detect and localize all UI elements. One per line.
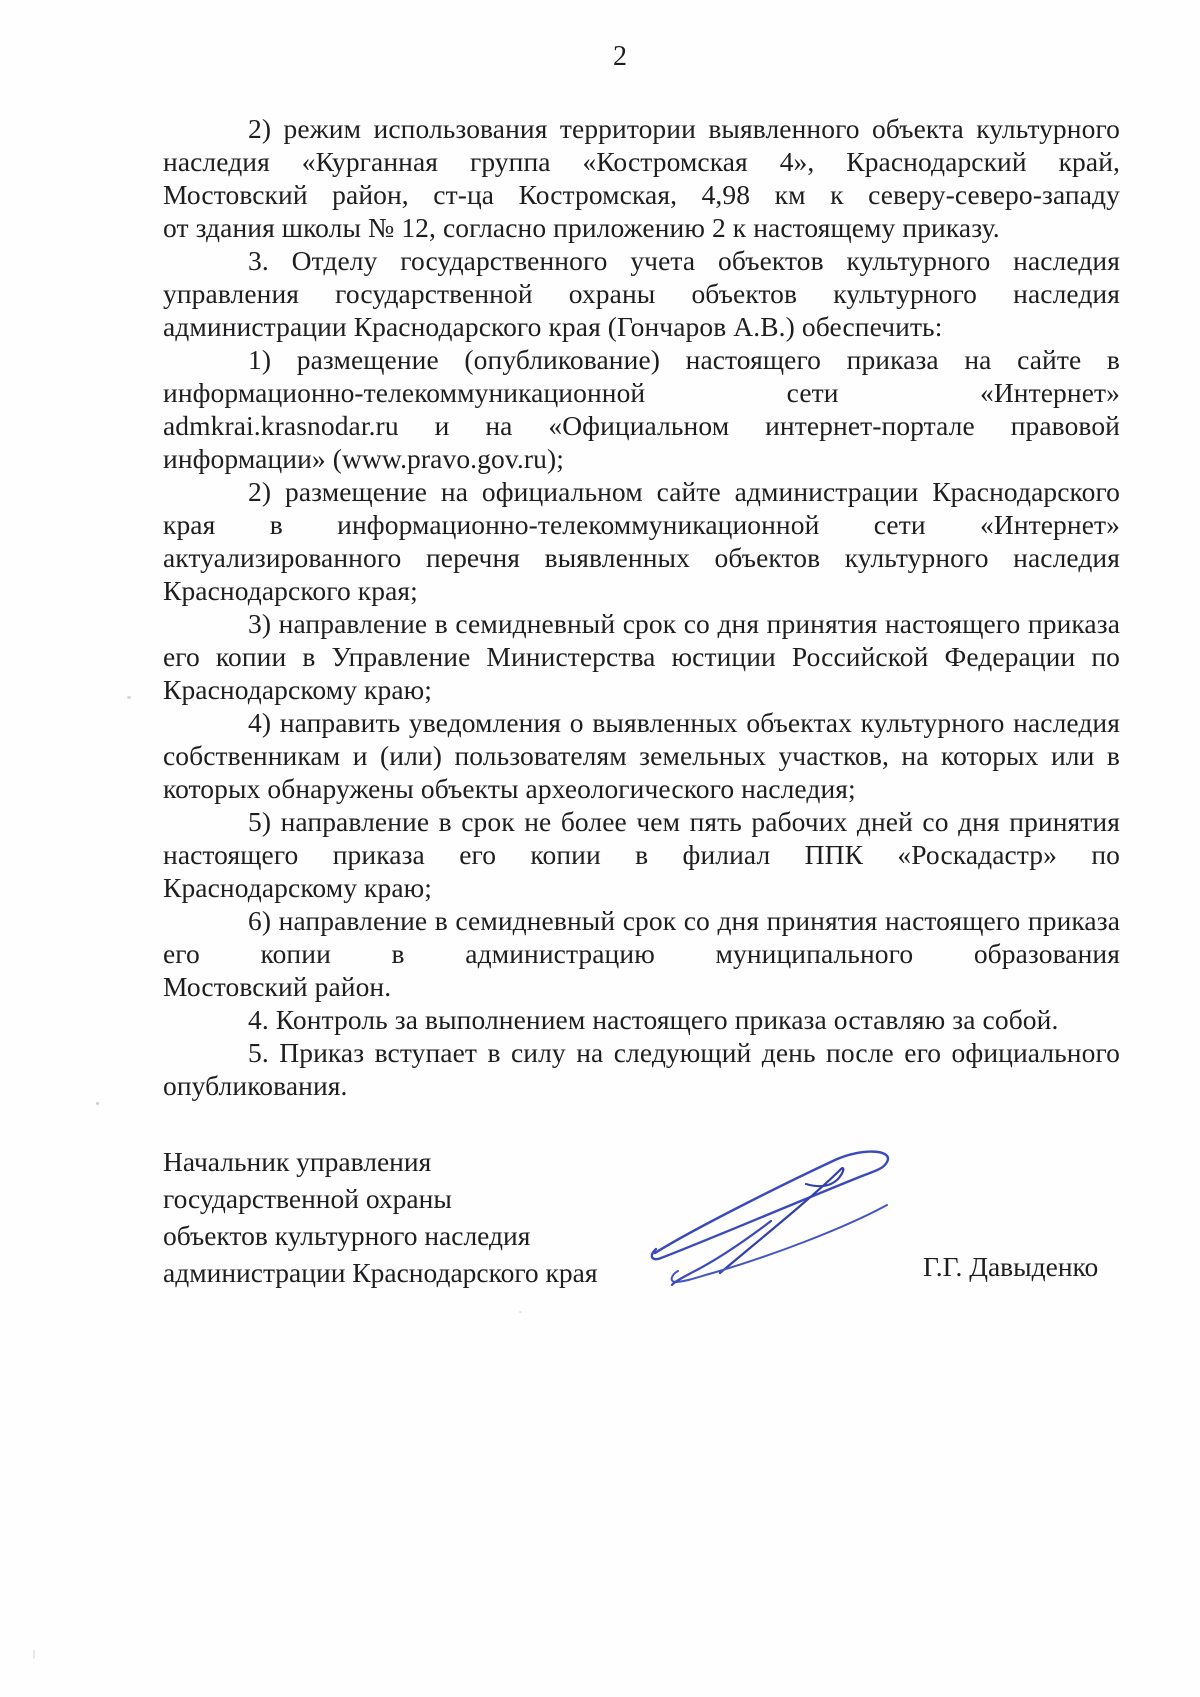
text-line: 3. Отделу государственного учета объекто…	[163, 244, 1120, 277]
text-line: Краснодарскому краю;	[163, 871, 1120, 904]
document-page: 2 2) режим использования территории выяв…	[0, 0, 1200, 1697]
text-line: наследия «Курганная группа «Костромская …	[163, 145, 1120, 178]
text-line: информации» (www.pravo.gov.ru);	[163, 442, 1120, 475]
text-line: от здания школы № 12, согласно приложени…	[163, 211, 1120, 244]
text-line: его копии в администрацию муниципального…	[163, 937, 1120, 970]
scan-speck	[127, 696, 131, 699]
signature-block: Начальник управлениягосударственной охра…	[163, 1143, 723, 1291]
signature-block-line: Начальник управления	[163, 1143, 723, 1180]
text-line: актуализированного перечня выявленных об…	[163, 541, 1120, 574]
text-line: настоящего приказа его копии в филиал ПП…	[163, 838, 1120, 871]
scan-speck	[96, 1102, 99, 1105]
document-body: 2) режим использования территории выявле…	[163, 112, 1120, 1102]
text-line: 6) направление в семидневный срок со дня…	[163, 904, 1120, 937]
text-line: собственникам и (или) пользователям земе…	[163, 739, 1120, 772]
text-line: его копии в Управление Министерства юсти…	[163, 640, 1120, 673]
text-line: управления государственной охраны объект…	[163, 277, 1120, 310]
scan-speck	[33, 1650, 35, 1659]
text-line: 3) направление в семидневный срок со дня…	[163, 607, 1120, 640]
signature-ink	[645, 1145, 895, 1295]
signer-name: Г.Г. Давыденко	[923, 1248, 1098, 1285]
text-line: 4) направить уведомления о выявленных об…	[163, 706, 1120, 739]
text-line: 2) режим использования территории выявле…	[163, 112, 1120, 145]
signature-block-line: администрации Краснодарского края	[163, 1254, 723, 1291]
text-line: 2) размещение на официальном сайте админ…	[163, 475, 1120, 508]
scan-speck	[519, 1311, 522, 1313]
text-line: администрации Краснодарского края (Гонча…	[163, 310, 1120, 343]
text-line: Краснодарского края;	[163, 574, 1120, 607]
text-line: информационно-телекоммуникационной сети …	[163, 376, 1120, 409]
signature-block-line: государственной охраны	[163, 1180, 723, 1217]
text-line: опубликования.	[163, 1069, 1120, 1102]
text-line: 4. Контроль за выполнением настоящего пр…	[163, 1003, 1120, 1036]
text-line: Краснодарскому краю;	[163, 673, 1120, 706]
text-line: 1) размещение (опубликование) настоящего…	[163, 343, 1120, 376]
text-line: которых обнаружены объекты археологическ…	[163, 772, 1120, 805]
text-line: 5. Приказ вступает в силу на следующий д…	[163, 1036, 1120, 1069]
text-line: края в информационно-телекоммуникационно…	[163, 508, 1120, 541]
text-line: 5) направление в срок не более чем пять …	[163, 805, 1120, 838]
text-line: Мостовский район, ст-ца Костромская, 4,9…	[163, 178, 1120, 211]
page-number: 2	[20, 40, 1200, 74]
text-line: admkrai.krasnodar.ru и на «Официальном и…	[163, 409, 1120, 442]
signature-block-line: объектов культурного наследия	[163, 1217, 723, 1254]
text-line: Мостовский район.	[163, 970, 1120, 1003]
